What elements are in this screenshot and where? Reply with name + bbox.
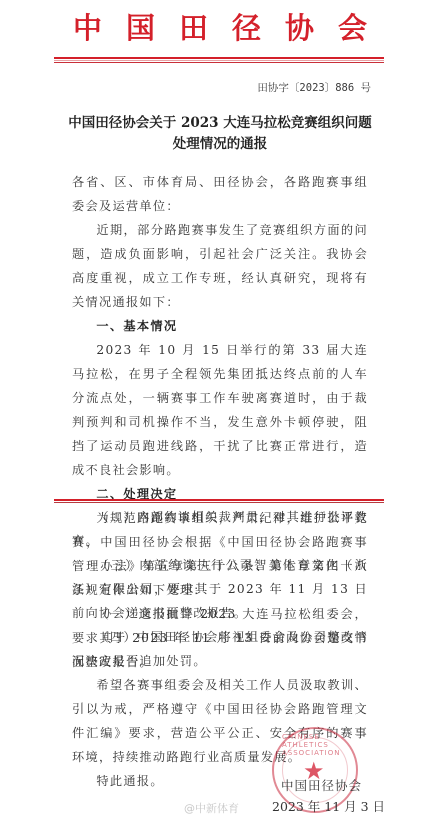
signature-date: 2023 年 11 月 3 日: [272, 797, 385, 815]
document-title: 中国田径协会关于 2023 大连马拉松竞赛组织问题 处理情况的通报: [0, 113, 440, 155]
title-line-1: 中国田径协会关于 2023 大连马拉松竞赛组织问题: [0, 113, 440, 134]
signature-organization: 中国田径协会: [281, 776, 362, 794]
weibo-watermark: @中新体育: [184, 800, 239, 816]
intro-paragraph: 近期，部分路跑赛事发生了竞赛组织方面的问题，造成负面影响，引起社会广泛关注。我协…: [72, 218, 368, 314]
title-line-2: 处理情况的通报: [0, 134, 440, 155]
document-page: 中国田径协会 田协字〔2023〕886 号 中国田径协会关于 2023 大连马拉…: [0, 0, 440, 819]
addressee: 各省、区、市体育局、田径协会，各路跑赛事组委会及运营单位：: [72, 170, 368, 218]
masthead: 中国田径协会: [0, 6, 440, 47]
section-1-heading: 一、基本情况: [72, 314, 368, 338]
seal-ring-text: CHINESE ATHLETICS ASSOCIATION: [282, 733, 356, 757]
header-divider: [54, 57, 384, 63]
document-number: 田协字〔2023〕886 号: [257, 80, 371, 95]
page-break-divider: [54, 499, 384, 503]
decision-item-3: （三）内部约谈执行公司智美体育文化（浙江）有限公司，要求其于 2023 年 11…: [72, 553, 368, 625]
section-1-text: 2023 年 10 月 15 日举行的第 33 届大连马拉松，在男子全程领先集团…: [72, 338, 368, 482]
decision-item-2: （二）内部约谈相关裁判员，对其进行批评教育。: [72, 505, 368, 553]
decision-item-4: （四）中国田径协会将视组委会及公司整改情况决定是否追加处罚。: [72, 625, 368, 673]
